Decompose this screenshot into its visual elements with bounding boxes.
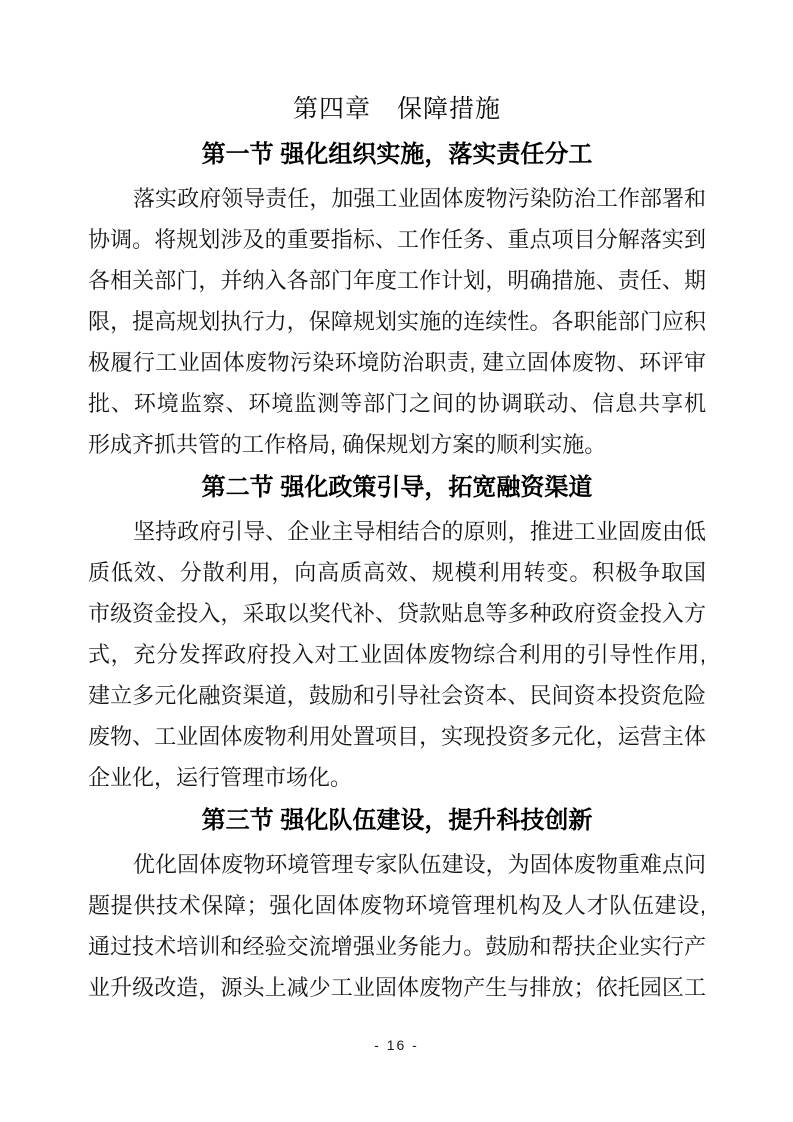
body-line: 废物、工业固体废物利用处置项目，实现投资多元化，运营主体 [88, 716, 706, 757]
section-heading-2: 第二节 强化政策引导，拓宽融资渠道 [88, 465, 706, 511]
body-line: 落实政府领导责任，加强工业固体废物污染防治工作部署和 [88, 178, 706, 219]
body-line: 质低效、分散利用，向高质高效、规模利用转变。积极争取国家、 [88, 552, 706, 593]
body-line: 形成齐抓共管的工作格局, 确保规划方案的顺利实施。 [88, 424, 706, 465]
section-heading-1: 第一节 强化组织实施，落实责任分工 [88, 132, 706, 178]
page-number: - 16 - [0, 1037, 793, 1053]
body-line: 协调。将规划涉及的重要指标、工作任务、重点项目分解落实到 [88, 219, 706, 260]
body-line: 式，充分发挥政府投入对工业固体废物综合利用的引导性作用, [88, 634, 706, 675]
body-line: 业升级改造，源头上减少工业固体废物产生与排放；依托园区工 [88, 967, 706, 1008]
body-line: 各相关部门，并纳入各部门年度工作计划，明确措施、责任、期 [88, 260, 706, 301]
section-heading-3: 第三节 强化队伍建设，提升科技创新 [88, 798, 706, 844]
body-line: 限，提高规划执行力，保障规划实施的连续性。各职能部门应积 [88, 301, 706, 342]
body-line: 优化固体废物环境管理专家队伍建设，为固体废物重难点问 [88, 844, 706, 885]
body-line: 建立多元化融资渠道，鼓励和引导社会资本、民间资本投资危险 [88, 675, 706, 716]
page-content: 第四章 保障措施 第一节 强化组织实施，落实责任分工 落实政府领导责任，加强工业… [88, 86, 706, 1008]
document-page: 第四章 保障措施 第一节 强化组织实施，落实责任分工 落实政府领导责任，加强工业… [0, 0, 793, 1122]
body-line: 通过技术培训和经验交流增强业务能力。鼓励和帮扶企业实行产 [88, 926, 706, 967]
body-line: 企业化，运行管理市场化。 [88, 757, 706, 798]
body-line: 极履行工业固体废物污染环境防治职责, 建立固体废物、环评审 [88, 342, 706, 383]
body-line: 批、环境监察、环境监测等部门之间的协调联动、信息共享机制， [88, 383, 706, 424]
chapter-title: 第四章 保障措施 [88, 86, 706, 132]
body-line: 市级资金投入，采取以奖代补、贷款贴息等多种政府资金投入方 [88, 593, 706, 634]
body-line: 题提供技术保障；强化固体废物环境管理机构及人才队伍建设, [88, 885, 706, 926]
body-line: 坚持政府引导、企业主导相结合的原则，推进工业固废由低 [88, 511, 706, 552]
